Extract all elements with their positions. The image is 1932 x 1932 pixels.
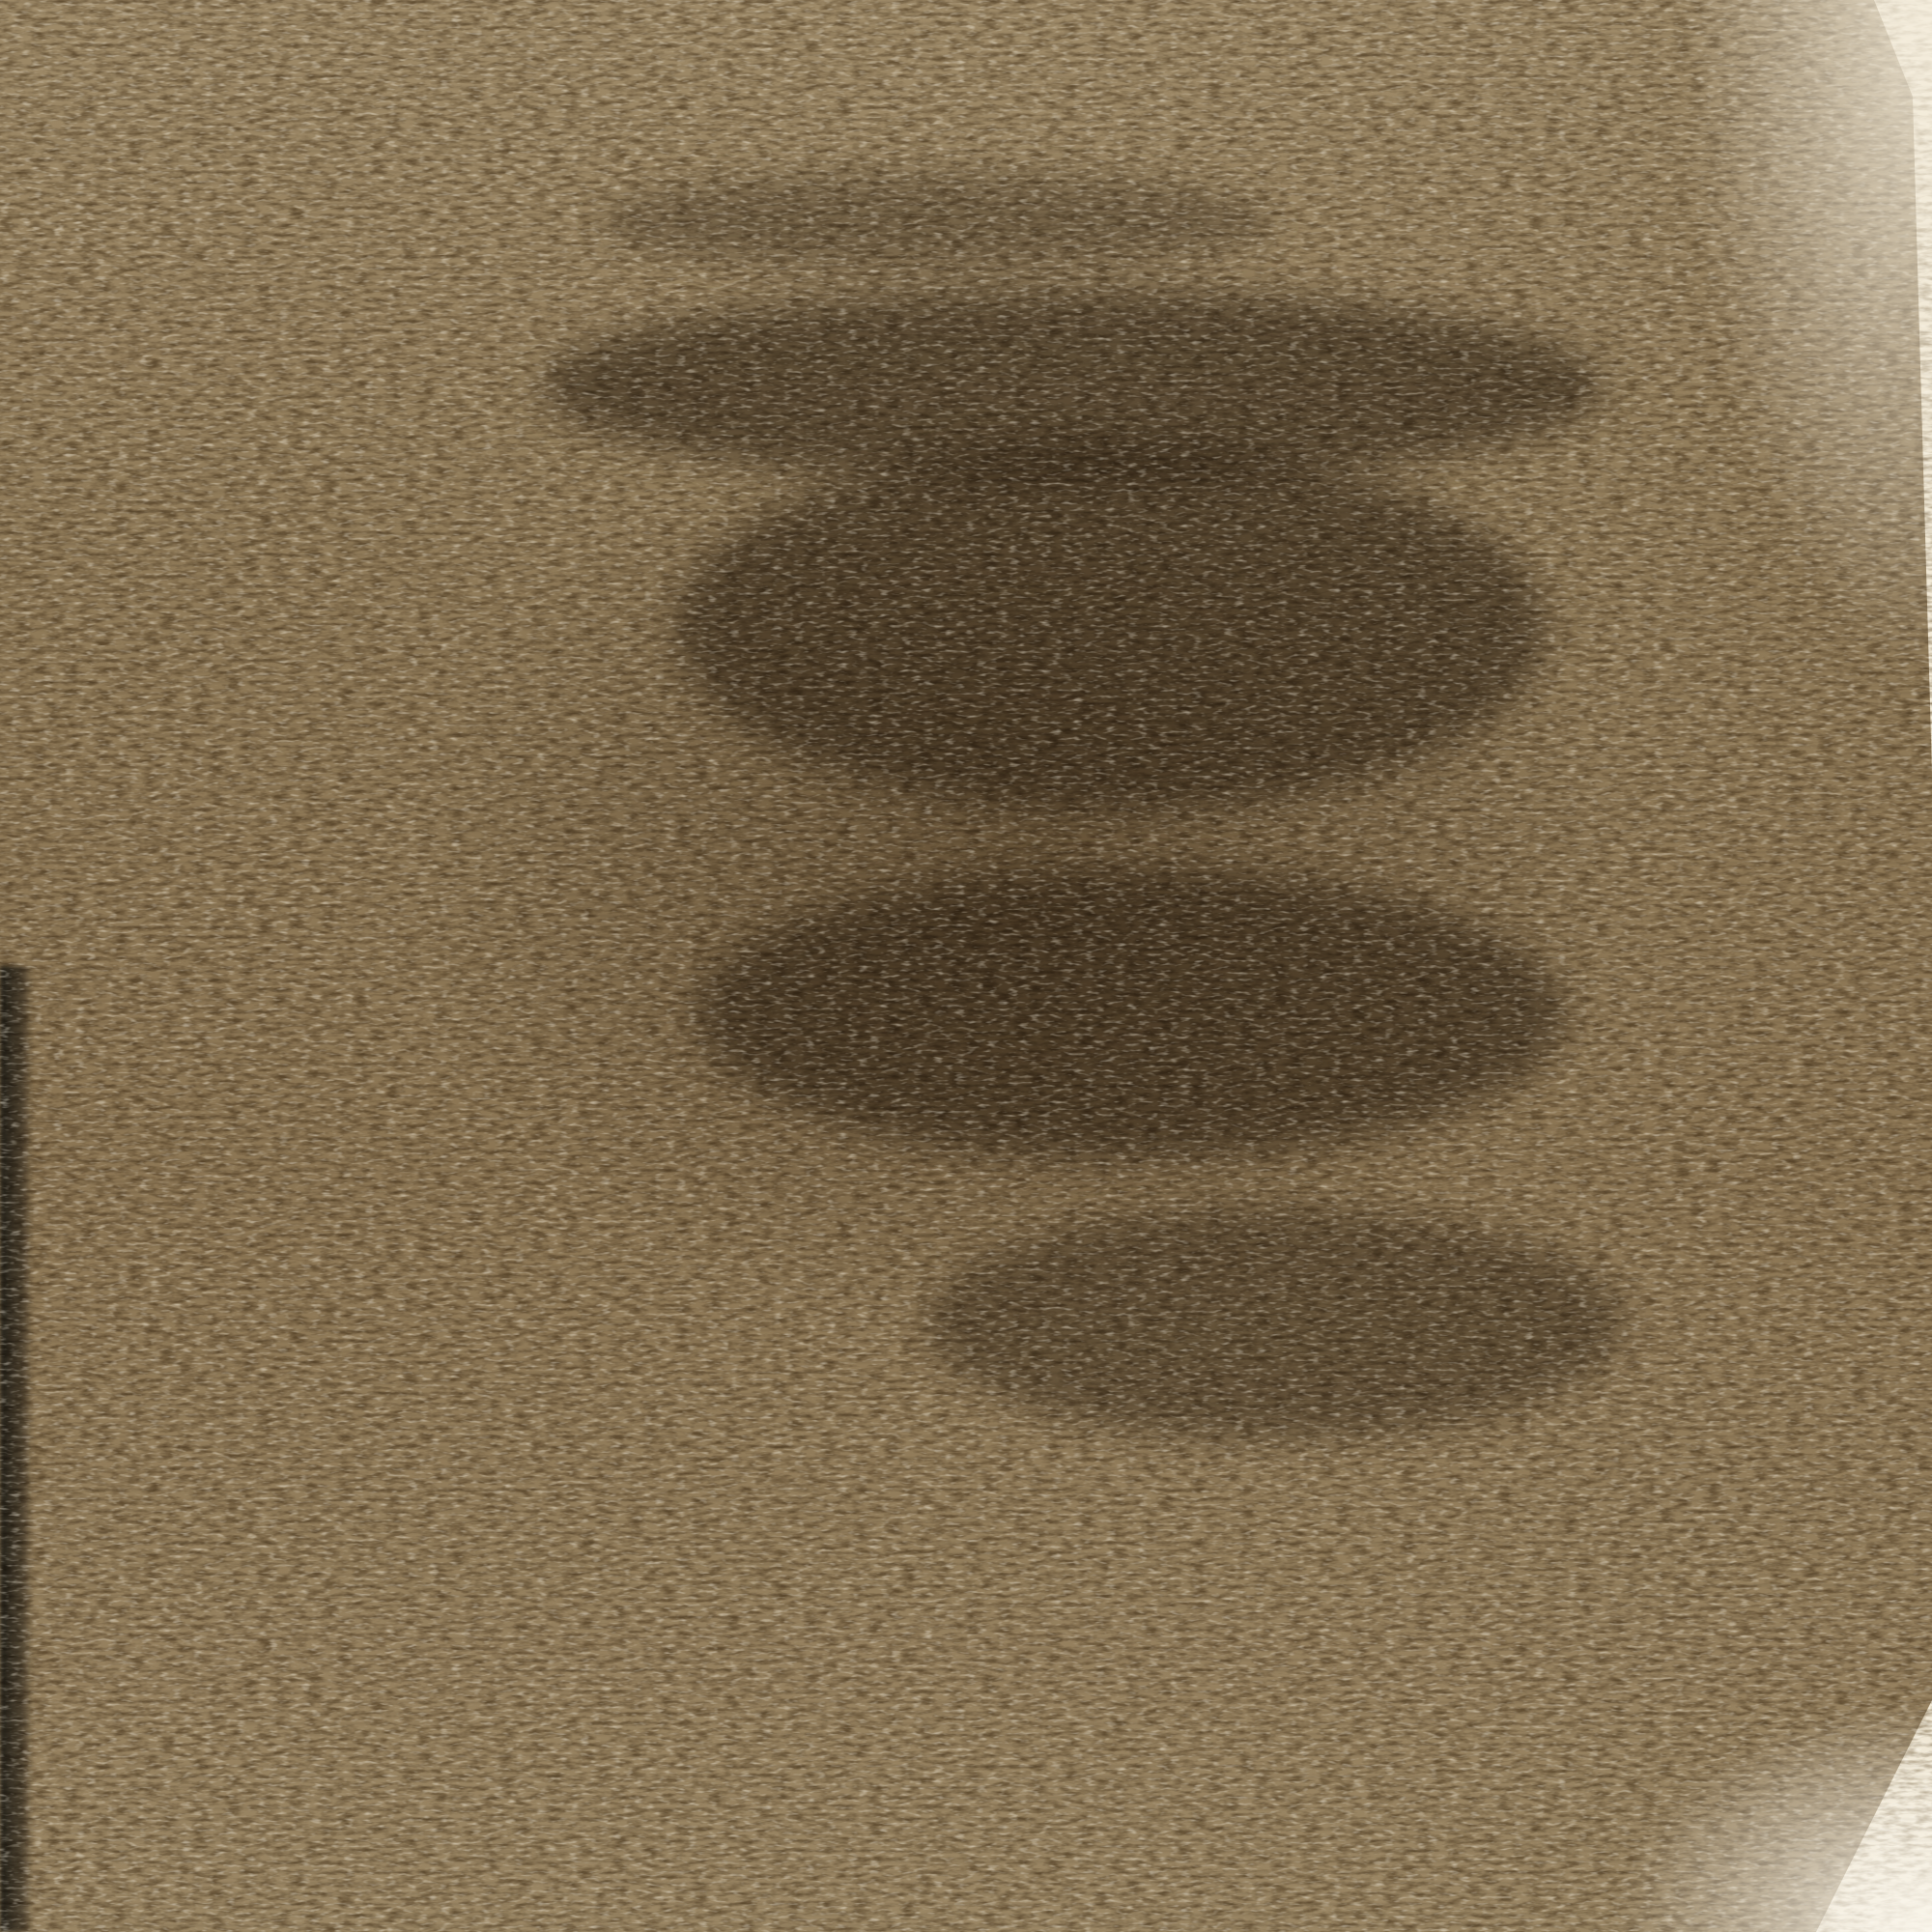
faded-corner xyxy=(1584,1681,1932,1932)
brush-streaks xyxy=(0,0,1932,1932)
texture-canvas xyxy=(0,0,1932,1932)
faded-corner xyxy=(1681,0,1932,676)
